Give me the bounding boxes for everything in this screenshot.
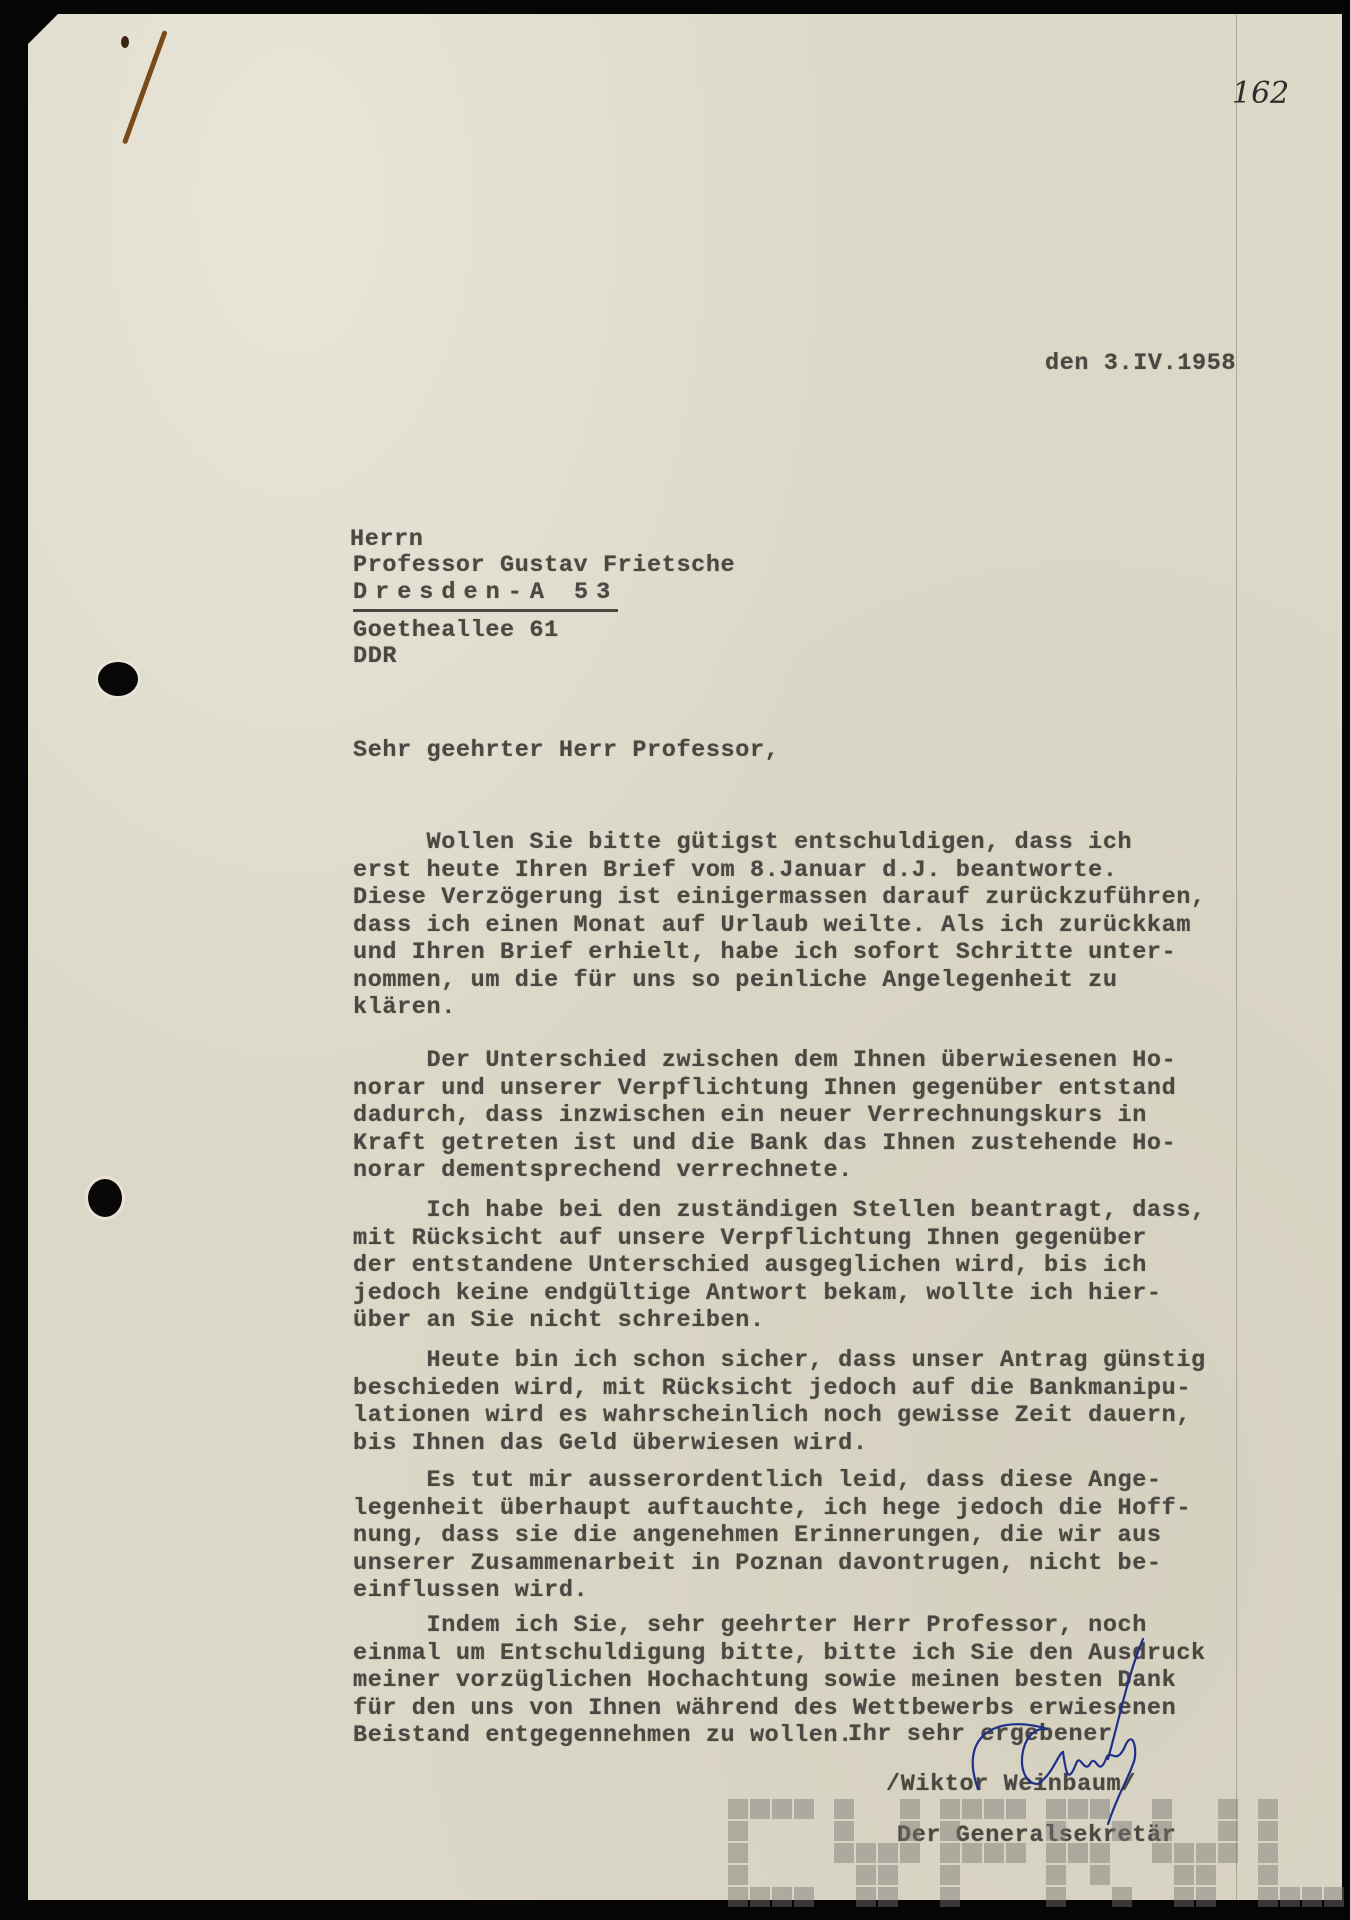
watermark-cell — [940, 1865, 960, 1885]
watermark-cell — [1174, 1843, 1194, 1863]
watermark-cell — [856, 1887, 876, 1907]
watermark-cell — [940, 1887, 960, 1907]
watermark-cell — [962, 1843, 982, 1863]
watermark-cell — [772, 1887, 792, 1907]
watermark-cell — [984, 1843, 1004, 1863]
watermark-cell — [1258, 1887, 1278, 1907]
watermark-cell — [856, 1865, 876, 1885]
rust-stain — [122, 30, 168, 144]
watermark-cell — [728, 1843, 748, 1863]
handwritten-page-number: 162 — [1232, 76, 1289, 111]
recipient-name: Professor Gustav Frietsche — [353, 552, 735, 580]
watermark-cell — [1258, 1865, 1278, 1885]
watermark-cell — [1280, 1887, 1300, 1907]
watermark-cell — [1046, 1821, 1066, 1841]
watermark-cell — [1090, 1799, 1110, 1819]
watermark-cell — [1218, 1843, 1238, 1863]
watermark-cell — [794, 1887, 814, 1907]
folded-corner — [28, 14, 58, 44]
watermark-cell — [900, 1799, 920, 1819]
watermark-cell — [1006, 1843, 1026, 1863]
watermark-cell — [1302, 1887, 1322, 1907]
watermark-cell — [750, 1887, 770, 1907]
watermark-cell — [878, 1865, 898, 1885]
fold-crease — [1236, 14, 1237, 1900]
watermark-cell — [728, 1821, 748, 1841]
watermark-cell — [940, 1821, 960, 1841]
recipient-city: Dresden-A 53 — [353, 579, 618, 612]
watermark-cell — [940, 1843, 960, 1863]
watermark-cell — [1152, 1799, 1172, 1819]
watermark-cell — [1112, 1821, 1132, 1841]
watermark-cell — [1046, 1887, 1066, 1907]
watermark-cell — [1090, 1843, 1110, 1863]
watermark-cell — [1046, 1865, 1066, 1885]
recipient-street: Goetheallee 61 — [353, 617, 559, 645]
watermark-cell — [878, 1887, 898, 1907]
watermark-cell — [728, 1865, 748, 1885]
rust-spot — [121, 36, 129, 48]
watermark-cell — [1218, 1799, 1238, 1819]
watermark-cell — [1324, 1887, 1344, 1907]
watermark-cell — [900, 1843, 920, 1863]
punch-hole-top — [98, 662, 138, 696]
letter-greeting: Sehr geehrter Herr Professor, — [353, 737, 779, 765]
watermark-cell — [1196, 1843, 1216, 1863]
letter-date: den 3.IV.1958 — [1045, 350, 1236, 378]
watermark-cell — [1046, 1799, 1066, 1819]
watermark-cell — [878, 1843, 898, 1863]
watermark-cell — [834, 1799, 854, 1819]
punch-hole-bottom — [88, 1179, 122, 1217]
watermark-cell — [1174, 1887, 1194, 1907]
watermark-cell — [728, 1799, 748, 1819]
recipient-country: DDR — [353, 643, 397, 671]
watermark-cell — [834, 1821, 854, 1841]
watermark-cell — [750, 1799, 770, 1819]
watermark-cell — [984, 1799, 1004, 1819]
watermark-cell — [772, 1799, 792, 1819]
watermark-cell — [1152, 1843, 1172, 1863]
watermark-cell — [1046, 1843, 1066, 1863]
watermark-cell — [1068, 1843, 1088, 1863]
watermark-cell — [794, 1799, 814, 1819]
watermark-cell — [1258, 1843, 1278, 1863]
watermark-cell — [1152, 1821, 1172, 1841]
recipient-salutation: Herrn — [350, 526, 424, 554]
letter-page: 162 den 3.IV.1958 Herrn Professor Gustav… — [28, 14, 1342, 1900]
watermark-cell — [1112, 1887, 1132, 1907]
watermark-cell — [1196, 1887, 1216, 1907]
watermark-cell — [1006, 1799, 1026, 1819]
watermark-cell — [1258, 1799, 1278, 1819]
watermark-cell — [940, 1799, 960, 1819]
watermark-cell — [728, 1887, 748, 1907]
watermark-cell — [1090, 1865, 1110, 1885]
watermark-cell — [834, 1843, 854, 1863]
watermark-cell — [1068, 1799, 1088, 1819]
watermark-cell — [1174, 1865, 1194, 1885]
watermark-cell — [962, 1799, 982, 1819]
watermark-cell — [1196, 1865, 1216, 1885]
watermark-cell — [1218, 1821, 1238, 1841]
watermark-cell — [1258, 1821, 1278, 1841]
watermark-cell — [900, 1821, 920, 1841]
watermark-cell — [856, 1843, 876, 1863]
